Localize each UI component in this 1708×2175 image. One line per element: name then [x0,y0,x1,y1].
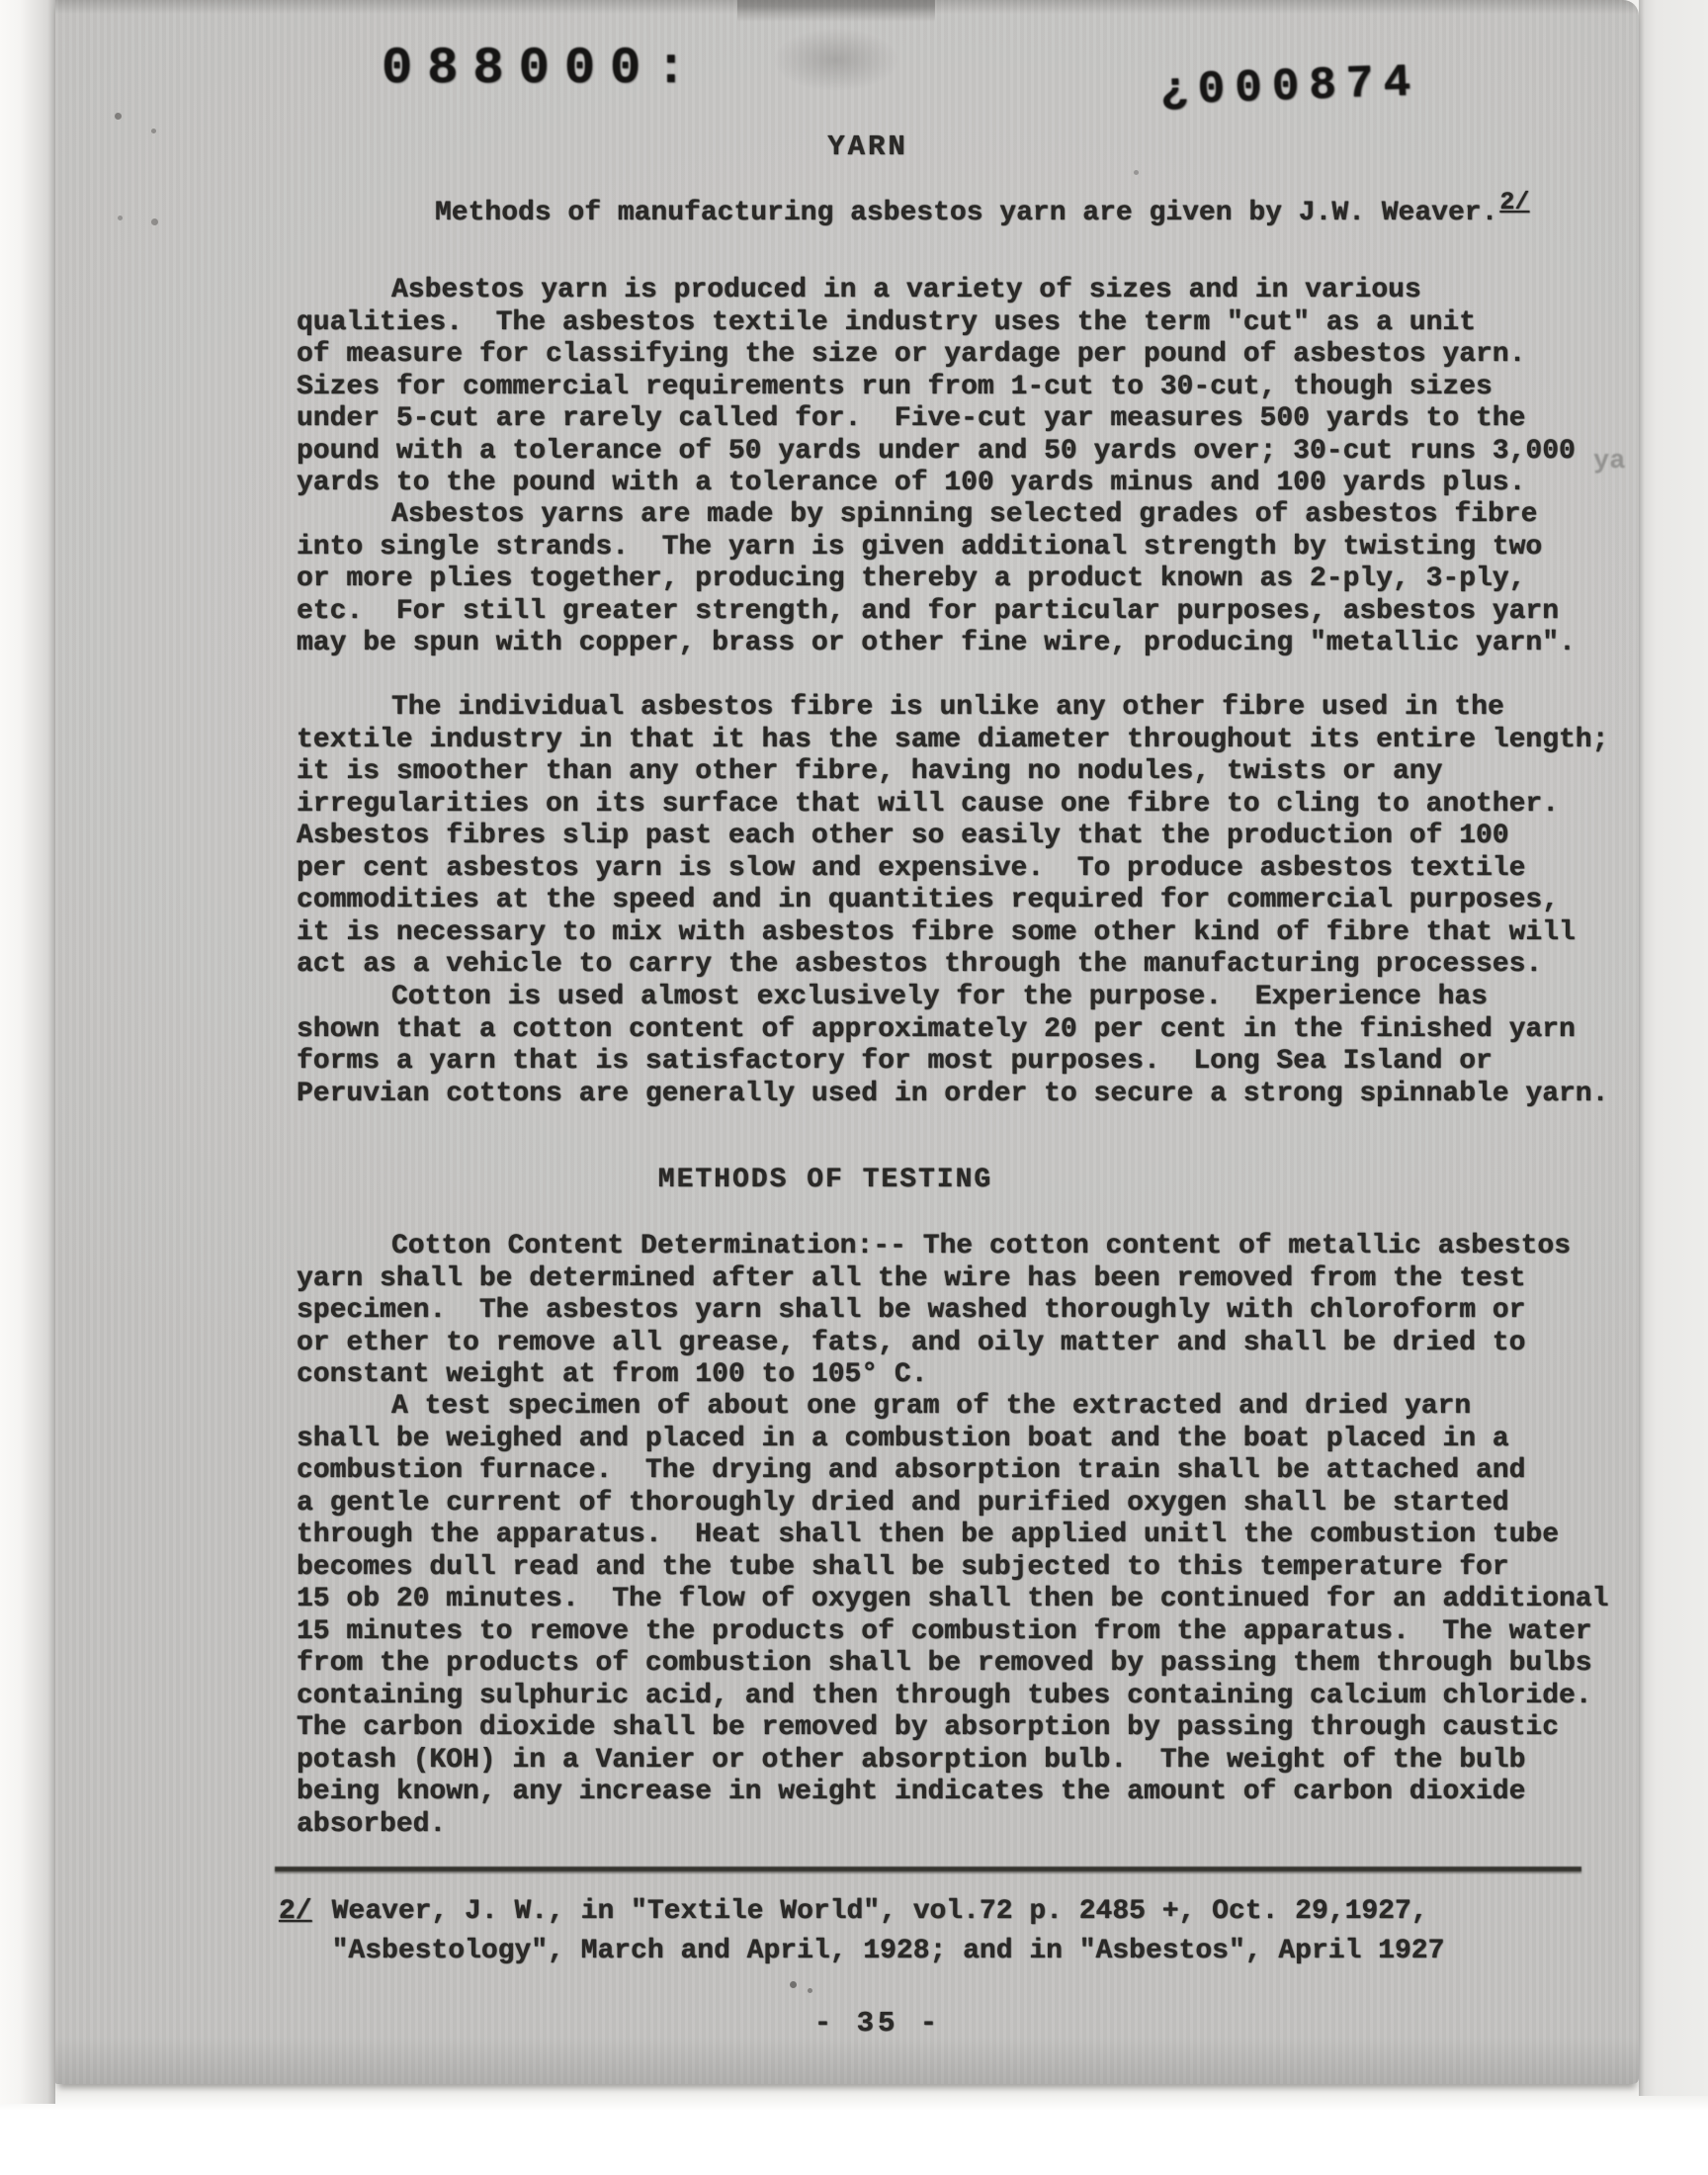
stamp-number-right: ¿000874 [1159,56,1421,117]
footnote-separator [275,1867,1581,1871]
intro-text: Methods of manufacturing asbestos yarn a… [435,198,1497,228]
margin-note-ya: ya [1593,447,1625,477]
scan-left-margin [0,0,55,2104]
footnote-marker: 2/ [279,1892,312,1971]
footnote: 2/ Weaver, J. W., in "Textile World", vo… [279,1892,1444,1971]
document-page: 088000: ¿000874 YARN Methods of manufact… [55,0,1639,2084]
footnote-reference: 2/ [1499,188,1529,217]
page-title: YARN [196,130,1540,163]
section-heading: METHODS OF TESTING [153,1165,1497,1195]
stamp-number-left: 088000: [382,40,701,98]
footnote-text: Weaver, J. W., in "Textile World", vol.7… [332,1892,1445,1971]
paragraph-yarn-sizes: Asbestos yarn is produced in a variety o… [297,275,1651,500]
paragraph-test-specimen: A test specimen of about one gram of the… [297,1391,1651,1841]
paragraph-fibre-properties: The individual asbestos fibre is unlike … [297,692,1651,982]
paragraph-cotton-content: Cotton is used almost exclusively for th… [297,982,1651,1110]
scanned-document: { "scan": { "stamp_left": "088000:", "st… [0,0,1708,2175]
paragraph-cotton-determination: Cotton Content Determination:-- The cott… [297,1231,1651,1392]
page-number: - 35 - [206,2007,1550,2040]
paper-specks [55,0,58,3]
paragraph-yarn-spinning: Asbestos yarns are made by spinning sele… [297,499,1651,660]
intro-paragraph: Methods of manufacturing asbestos yarn a… [297,198,1708,228]
top-edge-smudge [737,0,935,109]
